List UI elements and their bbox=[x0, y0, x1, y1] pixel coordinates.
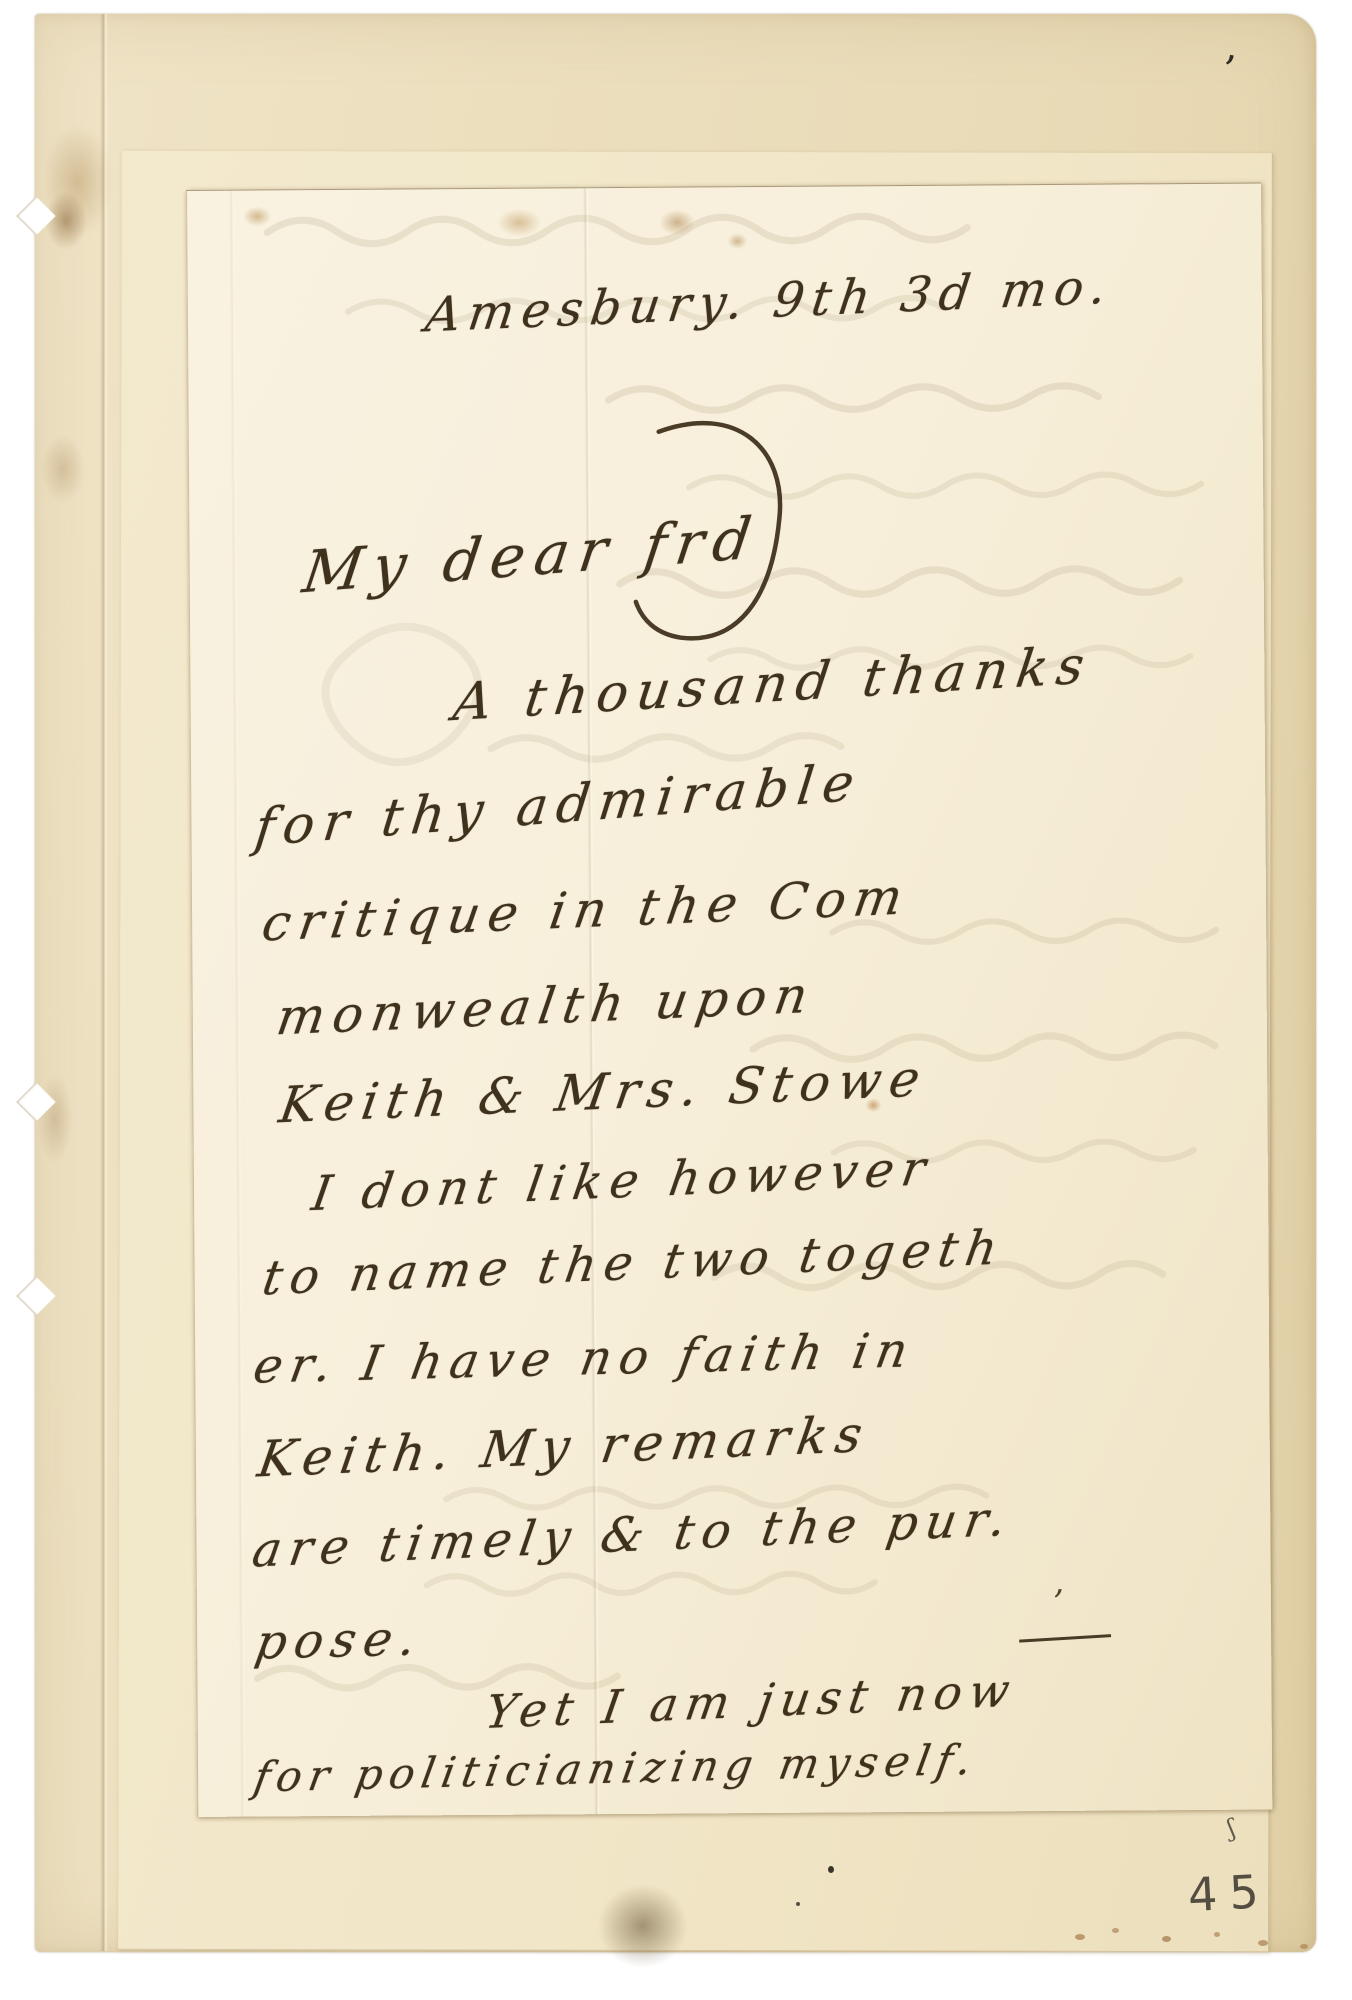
handwriting-line: pose. bbox=[251, 1610, 427, 1670]
salutation: My dear frd bbox=[299, 504, 765, 607]
foxing-spot bbox=[497, 209, 541, 237]
page-number-annotation: 45 bbox=[1187, 1864, 1272, 1922]
handwriting-line: Keith. My remarks bbox=[254, 1405, 874, 1489]
handwriting-line: Yet I am just now bbox=[482, 1663, 1021, 1739]
foxing-spot bbox=[727, 233, 747, 249]
handwriting-line: Keith & Mrs. Stowe bbox=[276, 1049, 932, 1134]
handwriting-line: monwealth upon bbox=[273, 966, 820, 1046]
handwriting-line: to name the two togeth bbox=[259, 1220, 1009, 1307]
scanned-letter-page: Amesbury. 9th 3d mo. My dear frd A thous… bbox=[0, 0, 1352, 2000]
handwriting-line: critique in the Com bbox=[258, 868, 914, 953]
fold-crease bbox=[229, 191, 246, 1817]
dateline: Amesbury. 9th 3d mo. bbox=[422, 259, 1117, 344]
handwriting-line: er. I have no faith in bbox=[249, 1322, 919, 1394]
stain bbox=[37, 1074, 73, 1164]
dash-stroke bbox=[1019, 1634, 1111, 1642]
dash-tick: ’ bbox=[1053, 1583, 1064, 1623]
handwriting-line: I dont like however bbox=[308, 1140, 937, 1222]
handwriting-line: for politicianizing myself. bbox=[250, 1735, 982, 1802]
stain bbox=[41, 434, 85, 504]
stain bbox=[45, 192, 87, 250]
foxing-spot bbox=[243, 206, 271, 226]
handwriting-line: A thousand thanks bbox=[450, 636, 1096, 734]
foxing-spot bbox=[659, 209, 695, 235]
handwriting-line: for thy admirable bbox=[252, 753, 866, 859]
handwriting-line: are timely & to the pur. bbox=[249, 1491, 1018, 1579]
letter-sheet: Amesbury. 9th 3d mo. My dear frd A thous… bbox=[186, 182, 1272, 1816]
binding-crease bbox=[100, 14, 108, 1951]
